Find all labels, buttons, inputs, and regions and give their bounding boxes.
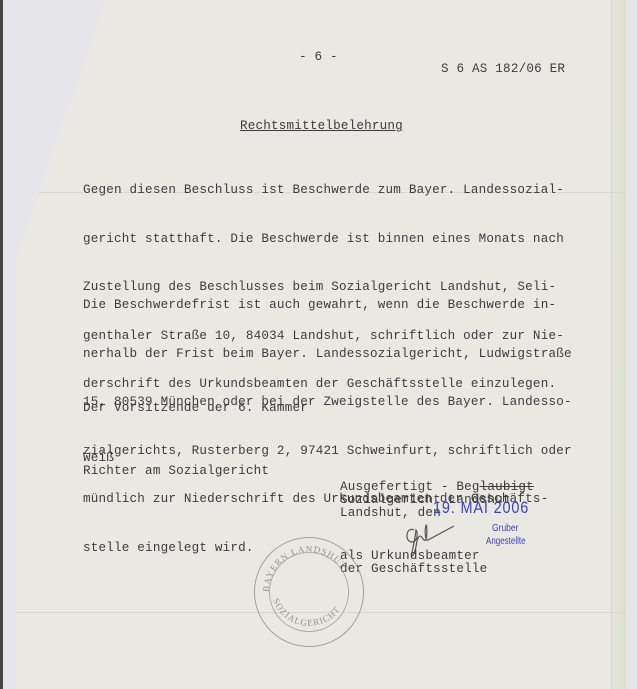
text-line: Gegen diesen Beschluss ist Beschwerde zu… (83, 180, 564, 201)
closing-line: Der Vorsitzende der 6. Kammer (83, 401, 308, 415)
page-edge (611, 0, 626, 689)
certification-prefix: Ausgefertigt - Beg (340, 480, 480, 494)
signer-stamp-name: Gruber (492, 523, 518, 534)
seal-lettering-icon: BAYERN LANDSHUT SOZIALGERICHT (255, 538, 363, 646)
svg-text:BAYERN LANDSHUT: BAYERN LANDSHUT (261, 544, 349, 592)
document-title: Rechtsmittelbelehrung (240, 119, 403, 133)
text-line: Die Beschwerdefrist ist auch gewahrt, we… (83, 295, 572, 316)
court-seal: BAYERN LANDSHUT SOZIALGERICHT (254, 537, 364, 647)
judge-title: Richter am Sozialgericht (83, 464, 269, 478)
svg-text:SOZIALGERICHT: SOZIALGERICHT (271, 597, 342, 628)
place-date-label: Landshut, den (340, 506, 441, 520)
case-number: S 6 AS 182/06 ER (441, 62, 565, 76)
struck-word: laubigt (480, 480, 534, 494)
date-stamp: 19. MAI 2006 (433, 498, 529, 518)
text-line: zialgerichts, Rusterberg 2, 97421 Schwei… (83, 441, 572, 462)
certification-line: Ausgefertigt - Beglaubigt (340, 480, 534, 494)
signer-stamp-role: Angestellte (486, 536, 526, 547)
page-number: - 6 - (299, 50, 338, 64)
judge-name: Weiß (83, 451, 114, 465)
text-line: nerhalb der Frist beim Bayer. Landessozi… (83, 344, 572, 365)
text-line: gericht statthaft. Die Beschwerde ist bi… (83, 229, 564, 250)
